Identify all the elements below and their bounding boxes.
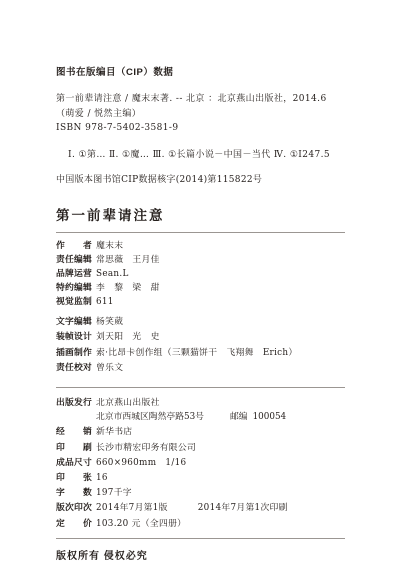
credit-row-special-editor: 特约编辑 李 黎 梁 甜 <box>56 281 345 295</box>
book-title: 第一前辈请注意 <box>56 204 345 224</box>
credit-label: 责任编辑 <box>56 253 96 266</box>
cip-block: 图书在版编目（CIP）数据 第一前辈请注意 / 魔末末著. -- 北京 ：北京燕… <box>56 64 345 186</box>
cip-record-number-line: 中国版本图书馆CIP数据核字(2014)第115822号 <box>56 174 345 186</box>
credit-value: 611 <box>96 296 114 309</box>
publishing-row-sheets: 印 张 16 <box>56 470 345 485</box>
copyright-notice: 版权所有 侵权必究 <box>56 547 345 562</box>
cip-isbn-line: ISBN 978-7-5402-3581-9 <box>56 121 345 136</box>
publishing-label: 经 销 <box>56 424 96 438</box>
credit-value: 杨笑葳 <box>96 315 123 330</box>
divider-above-publishing <box>56 387 345 388</box>
postcode-value: 100054 <box>253 412 287 422</box>
publishing-value: 2014年7月第1版 <box>96 501 168 515</box>
copyright-page: 图书在版编目（CIP）数据 第一前辈请注意 / 魔末末著. -- 北京 ：北京燕… <box>0 0 400 584</box>
credit-label: 插画制作 <box>56 345 96 360</box>
publishing-row-price: 定 价 103.20 元（全四册） <box>56 516 345 531</box>
credit-value: 刘天阳 光 史 <box>96 330 160 345</box>
publishing-row-publisher: 出版发行 北京燕山出版社 <box>56 395 345 410</box>
credit-row-illustration: 插画制作 索·比昂卡创作组（三颗猫饼干 飞翔舞 Erich） <box>56 345 345 361</box>
credit-value: 李 黎 梁 甜 <box>96 282 160 295</box>
credit-label: 特约编辑 <box>56 281 96 294</box>
publishing-row-size: 成品尺寸 660×960mm 1/16 <box>56 455 345 470</box>
publishing-label: 版次印次 <box>56 500 96 514</box>
credit-row-text-editor: 文字编辑 杨笑葳 <box>56 314 345 330</box>
credit-row-design: 装帧设计 刘天阳 光 史 <box>56 329 345 345</box>
publishing-value: 660×960mm 1/16 <box>96 456 186 470</box>
cip-classification-line: Ⅰ. ①第… Ⅱ. ①魔… Ⅲ. ①长篇小说－中国－当代 Ⅳ. ①I247.5 <box>56 149 345 161</box>
publishing-row-wordcount: 字 数 197千字 <box>56 485 345 500</box>
credit-row-visual: 视觉监制 611 <box>56 295 345 309</box>
publishing-label: 字 数 <box>56 485 96 499</box>
credit-value: 曾乐文 <box>96 361 123 376</box>
publishing-value: 197千字 <box>96 486 132 500</box>
publishing-value: 新华书店 <box>96 425 132 439</box>
publishing-row-edition: 版次印次 2014年7月第1版 2014年7月第1次印刷 <box>56 500 345 515</box>
publishing-label: 成品尺寸 <box>56 455 96 469</box>
credit-row-author: 作 者 魔末末 <box>56 239 345 253</box>
credit-value: Sean.L <box>96 268 129 281</box>
postcode-label: 邮编 <box>230 412 248 422</box>
publisher-address: 北京市西城区陶然亭路53号 <box>96 410 204 424</box>
credit-value: 常思薇 王月佳 <box>96 254 160 267</box>
credit-label: 责任校对 <box>56 360 96 375</box>
cip-header: 图书在版编目（CIP）数据 <box>56 64 345 78</box>
postcode-group: 邮编100054 <box>230 410 286 424</box>
publishing-value: 103.20 元（全四册） <box>96 517 186 531</box>
divider-above-copyright <box>56 538 345 539</box>
publishing-value: 北京燕山出版社 <box>96 396 160 410</box>
publishing-label: 印 刷 <box>56 440 96 454</box>
divider-under-title <box>56 232 345 233</box>
credit-label: 作 者 <box>56 239 96 252</box>
credit-label: 品牌运营 <box>56 267 96 280</box>
credit-label: 装帧设计 <box>56 329 96 344</box>
publishing-label: 印 张 <box>56 470 96 484</box>
credit-value: 索·比昂卡创作组（三颗猫饼干 飞翔舞 Erich） <box>96 346 297 361</box>
credit-row-proofreader: 责任校对 曾乐文 <box>56 360 345 376</box>
credit-row-brand: 品牌运营 Sean.L <box>56 267 345 281</box>
publishing-label: 定 价 <box>56 516 96 530</box>
publishing-value-2: 2014年7月第1次印刷 <box>198 501 288 515</box>
publishing-block: 出版发行 北京燕山出版社 北京市西城区陶然亭路53号 邮编100054 经 销 … <box>56 395 345 531</box>
publishing-row-address: 北京市西城区陶然亭路53号 邮编100054 <box>56 410 345 424</box>
credit-label: 视觉监制 <box>56 295 96 308</box>
publishing-value: 长沙市精宏印务有限公司 <box>96 441 196 455</box>
credit-label: 文字编辑 <box>56 314 96 329</box>
publishing-row-printing: 印 刷 长沙市精宏印务有限公司 <box>56 440 345 455</box>
credits-block: 作 者 魔末末 责任编辑 常思薇 王月佳 品牌运营 Sean.L 特约编辑 李 … <box>56 239 345 376</box>
credit-row-editor: 责任编辑 常思薇 王月佳 <box>56 253 345 267</box>
credit-value: 魔末末 <box>96 240 123 253</box>
cip-title-line: 第一前辈请注意 / 魔末末著. -- 北京 ：北京燕山出版社，2014.6 <box>56 92 345 107</box>
publishing-value: 16 <box>96 471 108 485</box>
publishing-label: 出版发行 <box>56 395 96 409</box>
publishing-row-distribution: 经 销 新华书店 <box>56 424 345 439</box>
cip-series-line: （萌爱 / 悦然主编） <box>56 107 345 122</box>
